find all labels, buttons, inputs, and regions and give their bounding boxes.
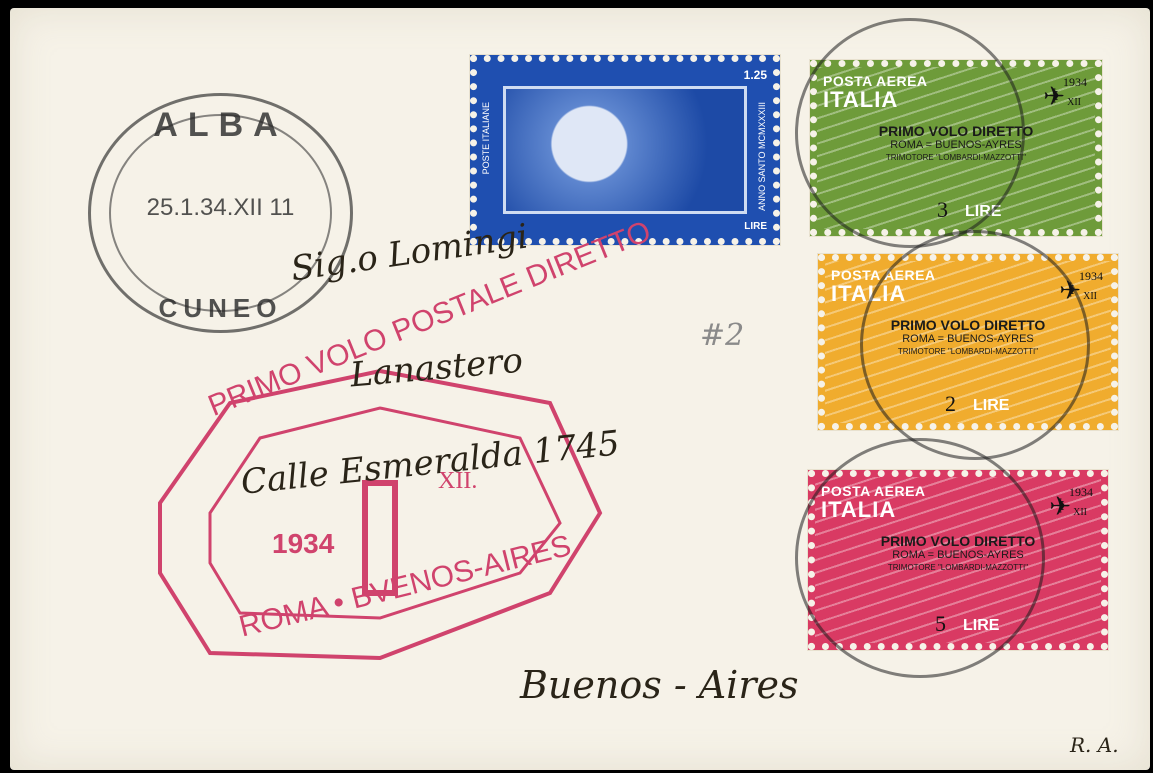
dome-illustration [503,86,747,214]
roma-cancel-1 [795,18,1025,248]
pencil-note: #2 [700,318,744,353]
address-initials: R. A. [1070,733,1119,757]
origin-postmark: ALBA 25.1.34.XII 11 CUNEO [88,93,353,333]
roma-cancel-2 [860,230,1090,460]
envelope: ALBA 25.1.34.XII 11 CUNEO POSTE ITALIANE… [10,8,1150,770]
address-line-4: Buenos - Aires [520,663,799,707]
roma-cancel-3 [795,438,1045,678]
stamp-anno-santo: POSTE ITALIANE ANNO SANTO MCMXXXIII 1.25… [470,55,780,245]
flight-cachet: PRIMO VOLO POSTALE DIRETTO 1934 XII. ROM… [150,363,610,663]
airplane-icon: ✈ [1049,491,1071,522]
airplane-icon: ✈ [1043,81,1065,112]
